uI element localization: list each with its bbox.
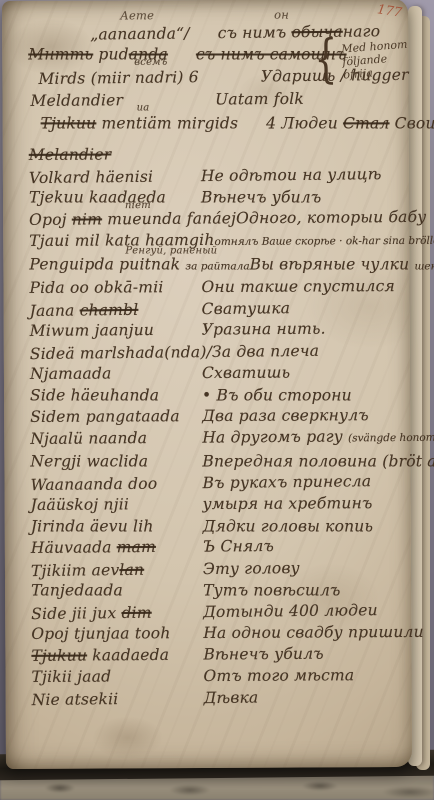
word-group: Nergji waclida: [30, 452, 148, 470]
word-group: Не одѣтои на улицѣ: [201, 165, 382, 185]
word-group: Mirds (miir nadri) 6: [38, 68, 199, 88]
word-group: На однои свадбу пришили: [203, 623, 424, 642]
word-group: Waanaanda doo: [30, 474, 157, 493]
line-left-column: Tjukuu mentiäm mirgids: [41, 111, 239, 135]
line-right-column: Одного, которыи бабу: [236, 206, 426, 229]
line-right-column: Въ рукахъ принесла: [202, 470, 404, 494]
word-group: Стал: [343, 114, 389, 132]
word-group: Въ рукахъ принесла: [202, 472, 371, 492]
line-left-column: Opoj nim mueunda fanáej: [29, 208, 236, 231]
word-group: Side jii jux: [31, 604, 122, 623]
manuscript-line: Njaalü naandaНа другомъ рагу (svängde ho…: [30, 425, 404, 451]
word-group: Дотынди 400 людеи: [203, 601, 378, 621]
manuscript-line: TanjedaadaТутъ повѣсшлъ: [31, 580, 405, 602]
photo-background: 177 { Med honom följande ofrija Аетеон„a…: [0, 0, 434, 800]
line-right-column: Вѣнечъ убилъ: [203, 642, 405, 665]
line-right-column: Впередная половина (bröt aff): [202, 451, 434, 473]
word-group: Opoj: [29, 210, 72, 228]
brace-mark: {: [314, 33, 337, 85]
word-group: mam: [117, 538, 156, 556]
manuscript-line: Waanaanda dooВъ рукахъ принесла: [30, 470, 404, 496]
word-group: Впередная половина (bröt aff): [202, 452, 434, 470]
line-left-column: „aanaanda“/: [90, 23, 190, 44]
word-group: Opoj tjunjaa tooh: [31, 624, 170, 643]
word-group: Tjukuu: [31, 646, 87, 664]
word-group: nim: [72, 210, 102, 228]
line-right-column: Вы вѣряные чулки шеннаго (ушемъ): [250, 254, 434, 278]
word-group: Häuvaada: [31, 538, 117, 557]
word-group: Уразина нить.: [202, 320, 326, 339]
manuscript-line: Miwum jaanjuuУразина нить.: [30, 318, 404, 342]
line-left-column: Jaana chambl: [29, 299, 201, 322]
manuscript-line: Tjikiim aevlanЭту голову: [31, 556, 405, 582]
word-group: шеннаго (ушемъ): [414, 260, 434, 272]
line-left-column: Njamaada: [30, 363, 202, 385]
word-group: Tjikii jaad: [31, 668, 111, 686]
word-group: (svängde honom åt begge sidor): [348, 431, 434, 444]
word-group: Сватушка: [201, 299, 290, 318]
line-left-column: Meldandier: [30, 89, 123, 112]
manuscript-line: Side häeuhanda• Въ оби сторони: [30, 385, 404, 406]
manuscript-line: Jaäüskoj njiiумыря на хребтинъ: [31, 493, 405, 516]
word-group: Tjikiim aev: [31, 561, 120, 580]
line-left-column: Tjikiim aevlan: [31, 559, 203, 582]
line-right-column: Тутъ повѣсшлъ: [203, 580, 405, 602]
word-group: Тутъ повѣсшлъ: [203, 581, 340, 599]
line-left-column: Volkard häenisi: [29, 166, 201, 189]
line-left-column: Waanaanda doo: [30, 473, 202, 496]
manuscript-line: Nie atsekiiДѣвка: [32, 685, 406, 711]
line-right-column: Два раза сверкнулъ: [202, 405, 404, 428]
word-group: Side häeuhanda: [30, 386, 159, 404]
line-right-column: Схватишь: [202, 362, 404, 385]
word-group: Два раза сверкнулъ: [202, 406, 369, 425]
manuscript-line: Sideä marlshada(nda)/За два плеча: [30, 339, 404, 365]
line-left-column: Аете: [120, 8, 154, 23]
word-group: kaadaeda: [87, 645, 169, 664]
manuscript-line: Jirinda äevu lihДядки головы копиь: [31, 516, 405, 538]
line-right-column: Отъ того мѣста: [203, 665, 405, 688]
word-group: он: [274, 8, 289, 22]
word-group: Они такше спустился: [201, 277, 395, 296]
word-group: Pida oo obkā-mii: [29, 278, 163, 297]
margin-note-lines: Med honom följande ofrija: [341, 37, 410, 81]
line-left-column: Side jii jux dim: [31, 602, 203, 625]
line-left-column: Jirinda äevu lih: [31, 516, 203, 538]
word-group: Схватишь: [202, 364, 290, 382]
line-left-column: Häuvaada mam: [31, 537, 203, 560]
line-left-column: Pida oo obkā-mii: [29, 277, 201, 299]
manuscript-page: 177 { Med honom följande ofrija Аетеон„a…: [2, 0, 412, 769]
word-group: Отъ того мѣста: [203, 666, 354, 685]
manuscript-line: Opoj tjunjaa toohНа однои свадбу пришили: [31, 622, 405, 645]
line-left-column: Jaäüskoj njii: [31, 494, 203, 516]
word-group: съ нимъ: [218, 23, 292, 42]
line-left-column: Side häeuhanda: [30, 385, 202, 407]
line-right-column: отнялъ Ваше скорѣе · ok-har sina bröllop: [214, 229, 434, 254]
word-group: • Въ оби сторони: [202, 386, 352, 404]
word-group: Одного, которыи бабу: [236, 207, 426, 226]
line-right-column: Уразина нить.: [202, 318, 404, 341]
word-group: Njaalü naanda: [30, 428, 147, 447]
line-left-column: Tjikii jaad: [31, 666, 203, 688]
manuscript-line: Tjekuu kaadaedaВѣнечъ убилъ: [29, 187, 403, 209]
manuscript-line: Sidem pangataadaДва раза сверкнулъ: [30, 405, 404, 428]
word-group: Uatam folk: [215, 90, 304, 109]
manuscript-line: Tjukuu kaadaedaВѣнечъ убилъ: [31, 642, 405, 666]
word-group: „aanaanda“/: [90, 24, 190, 43]
line-left-column: Njaalü naanda: [30, 427, 202, 450]
word-group: Miwum jaanjuu: [30, 321, 154, 340]
manuscript-line: Tjikii jaadОтъ того мѣста: [31, 665, 405, 688]
manuscript-line: NjamaadaСхватишь: [30, 362, 404, 385]
word-group: Jaana: [30, 301, 80, 320]
word-group: dim: [121, 603, 151, 621]
manuscript-line: Volkard häenisiНе одѣтои на улицѣ: [29, 163, 403, 189]
line-left-column: Miwum jaanjuu: [30, 320, 202, 343]
line-left-column: Tjekuu kaadaeda: [29, 187, 201, 209]
line-right-column: 4 Людеи Стал Своихъ: [266, 111, 434, 135]
word-group: Своихъ: [390, 114, 434, 132]
word-group: Jirinda äevu lih: [31, 517, 154, 535]
word-group: mueunda fanáej: [102, 209, 236, 228]
line-left-column: Melandier: [29, 144, 201, 166]
line-left-column: Nie atsekii: [32, 688, 204, 711]
line-right-column: умыря на хребтинъ: [203, 493, 405, 516]
line-right-column: Не одѣтои на улицѣ: [201, 163, 403, 187]
line-right-column: Эту голову: [203, 556, 405, 580]
manuscript-line: MeldandierUatam folk: [30, 87, 402, 112]
word-group: Sidem pangataada: [30, 407, 180, 426]
manuscript-line: niemOpoj nim mueunda fanáejОдного, котор…: [29, 206, 403, 230]
line-right-column: Ъ Снялъ: [203, 535, 405, 558]
interlinear-insertion: всемъ: [134, 58, 167, 68]
line-left-column: Tanjedaada: [31, 580, 203, 602]
line-right-column: Они такше спустился: [201, 276, 403, 299]
interlinear-insertion: ua: [137, 103, 150, 113]
word-group: Penguipda puitnak: [29, 255, 185, 273]
interlinear-insertion: Ренгуй, раненый: [125, 246, 217, 256]
word-group: Мнтть: [28, 45, 93, 63]
word-group: За два плеча: [212, 341, 319, 360]
word-group: Эту голову: [203, 559, 300, 578]
word-group: Tanjedaada: [31, 581, 123, 599]
word-group: Njamaada: [30, 364, 112, 382]
line-right-column: • Въ оби сторони: [202, 385, 404, 407]
word-group: 4 Людеи: [266, 114, 343, 132]
word-group: Sideä marlshada(nda)/: [30, 343, 212, 363]
manuscript-line: Ренгуй, раненыйPenguipda puitnak за райт…: [29, 254, 403, 278]
word-group: Аете: [120, 8, 154, 22]
word-group: Tjukuu: [41, 114, 97, 132]
word-group: Jaäüskoj njii: [31, 495, 129, 514]
word-group: mentiäm mirgids: [96, 114, 238, 132]
word-group: Ъ Снялъ: [203, 537, 274, 556]
manuscript-line: uaTjukuu mentiäm mirgids4 Людеи Стал Сво…: [41, 111, 403, 135]
word-group: Volkard häenisi: [29, 167, 153, 186]
manuscript-line: Nergji waclidaВпередная половина (bröt a…: [30, 451, 404, 472]
word-group: за райтала: [185, 260, 249, 272]
word-group: Nie atsekii: [32, 690, 119, 709]
manuscript-line: Häuvaada mamЪ Снялъ: [31, 535, 405, 559]
manuscript-line: Side jii jux dimДотынди 400 людеи: [31, 599, 405, 625]
word-group: Meldandier: [30, 91, 123, 110]
manuscript-line: Pida oo obkā-miiОни такше спустился: [29, 276, 403, 299]
word-group: Дѣвка: [204, 688, 259, 707]
word-group: На другомъ рагу: [202, 427, 348, 446]
line-left-column: Opoj tjunjaa tooh: [31, 623, 203, 645]
line-left-column: Nergji waclida: [30, 451, 202, 473]
line-left-column: Penguipda puitnak за райтала: [29, 254, 249, 278]
line-right-column: Uatam folk: [215, 87, 403, 110]
line-right-column: [201, 158, 403, 159]
word-group: умыря на хребтинъ: [203, 494, 373, 513]
word-group: Вы вѣряные чулки: [250, 255, 415, 273]
line-right-column: Вѣнечъ убилъ: [201, 187, 403, 209]
line-right-column: На однои свадбу пришили: [203, 622, 424, 645]
word-group: pud: [93, 45, 129, 63]
line-left-column: Sideä marlshada(nda)/: [30, 342, 212, 366]
handwritten-lines: Аетеон„aanaanda“/съ нимъ обычанагоМнтть …: [28, 7, 406, 763]
word-group: Melandier: [29, 145, 112, 163]
line-right-column: Сватушка: [201, 296, 403, 320]
line-left-column: Sidem pangataada: [30, 406, 202, 428]
word-group: chambl: [80, 300, 139, 319]
word-group: Вѣнечъ убилъ: [201, 188, 321, 206]
line-right-column: Дотынди 400 людеи: [203, 599, 405, 623]
word-group: отнялъ Ваше скорѣе · ok-har sina bröllop: [214, 235, 434, 248]
line-right-column: На другомъ рагу (svängde honom åt begge …: [202, 425, 434, 451]
word-group: Дядки головы копиь: [203, 517, 373, 535]
manuscript-line: Melandier: [29, 143, 403, 166]
margin-note: { Med honom följande ofrija: [309, 33, 409, 86]
line-right-column: За два плеча: [212, 339, 404, 363]
word-group: lan: [119, 560, 144, 578]
word-group: Вѣнечъ убилъ: [203, 644, 324, 663]
line-right-column: Дѣвка: [204, 685, 406, 709]
line-left-column: Mirds (miir nadri) 6: [38, 65, 199, 91]
interlinear-insertion: niem: [125, 200, 151, 210]
line-left-column: Tjukuu kaadaeda: [31, 644, 203, 667]
